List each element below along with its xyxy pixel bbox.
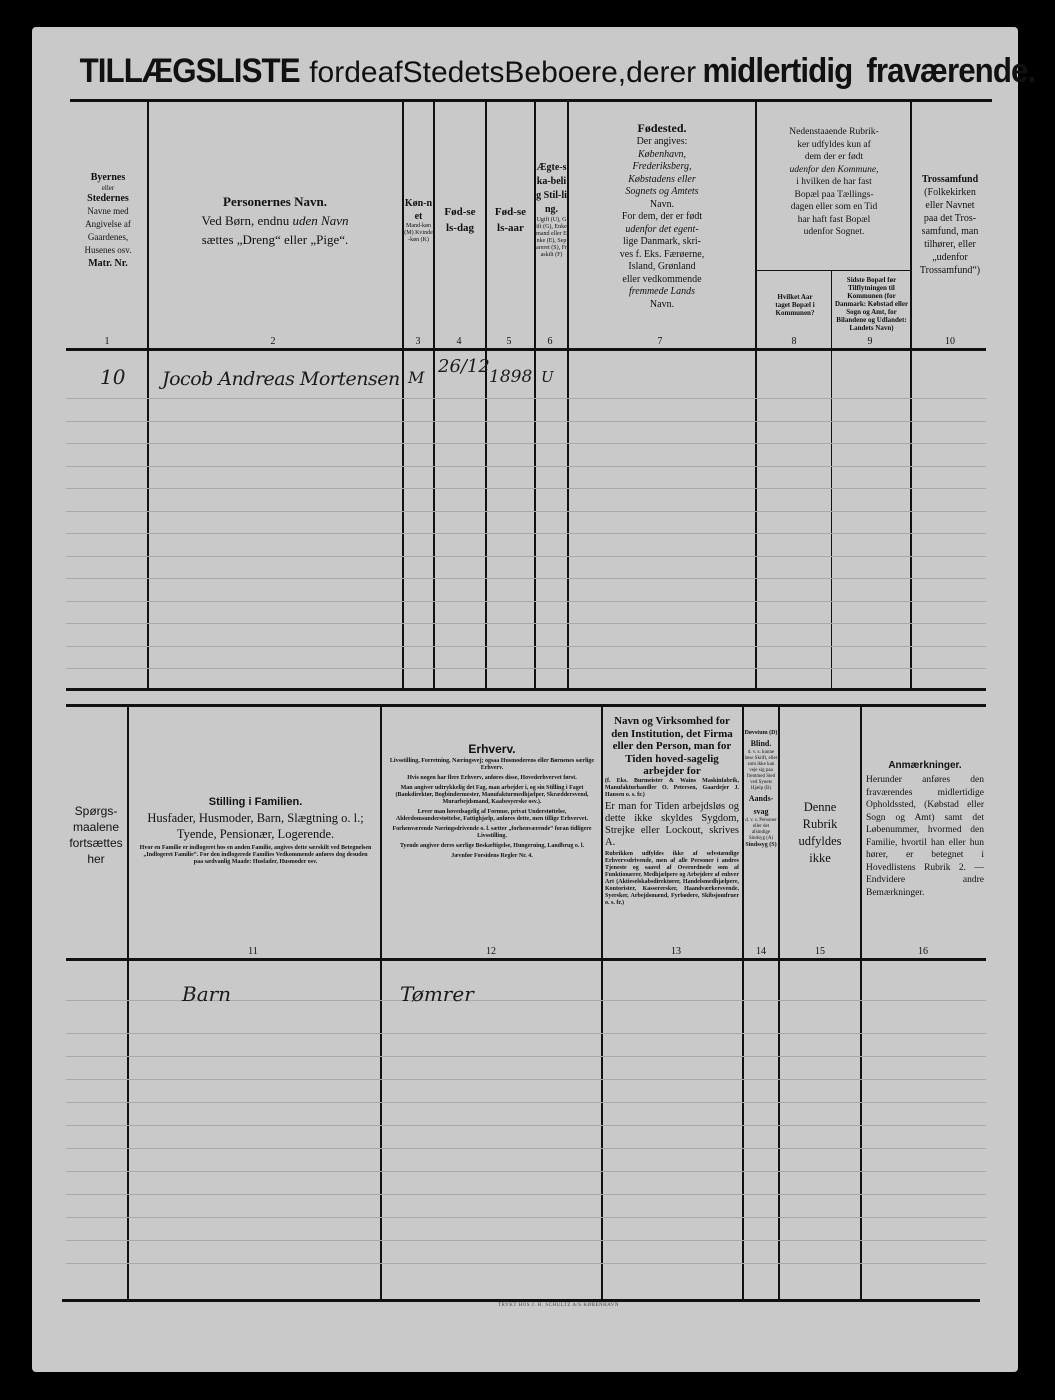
header-example: (f. Eks. Burmeister & Wains Maskinfabrik… <box>605 778 739 799</box>
column-number: 5 <box>494 336 524 347</box>
column-number: 11 <box>238 946 268 957</box>
header-line: her <box>87 851 104 867</box>
col-divider <box>601 707 603 1299</box>
header-line: lige Danmark, skri- <box>623 236 701 249</box>
header-text: eller <box>102 184 114 192</box>
header-col-13: Navn og Virksomhed for den Institution, … <box>605 715 739 945</box>
header-text: Navne med <box>87 205 128 218</box>
column-number: 13 <box>661 946 691 957</box>
header-paragraph: Jævnfør Forsidens Regler Nr. 4. <box>451 853 533 860</box>
header-subtext: sættes „Dreng“ eller „Pige“. <box>202 230 349 249</box>
header-line: dem der er født <box>805 151 863 164</box>
ruled-line <box>66 1125 986 1126</box>
header-text: Køn-net <box>404 197 433 223</box>
entry-matr-nr: 10 <box>100 365 125 389</box>
header-line: d. v. s. kunne læse Skrift, eller som ik… <box>744 750 778 792</box>
header-col-15: Denne Rubrik udfyldes ikke <box>781 795 859 870</box>
lower-table-top-rule <box>66 704 986 707</box>
column-number: 4 <box>444 336 474 347</box>
header-line: (Folkekirken <box>924 186 976 199</box>
header-text: Erhverv. <box>468 740 515 758</box>
ruled-line <box>66 1079 986 1080</box>
entry-birth-year: 1898 <box>489 367 532 387</box>
header-line: i hvilken de har fast <box>796 176 871 189</box>
header-line: Denne <box>804 799 837 816</box>
header-col-2: Personernes Navn. Ved Børn, endnu uden N… <box>150 180 400 260</box>
title-word: Stedets <box>403 56 505 90</box>
header-line: København, <box>638 149 686 162</box>
header-line: „udenfor <box>932 251 968 264</box>
header-group-8-9: Nedenstaaende Rubrik- ker udfyldes kun a… <box>758 126 910 246</box>
header-text: Gaardenes, <box>88 231 128 244</box>
title-word: Beboere, <box>504 56 626 90</box>
header-line: eller vedkommende <box>622 274 701 287</box>
header-subtext: Ved Børn, endnu uden Navn <box>202 211 349 230</box>
ruled-line <box>66 443 986 444</box>
header-line: Island, Grønland <box>628 261 695 274</box>
ruled-line <box>66 466 986 467</box>
header-subtext: Husfader, Husmoder, Barn, Slægtning o. l… <box>138 810 373 842</box>
header-line: eller Navnet <box>925 199 974 212</box>
header-text: Matr. Nr. <box>88 257 128 270</box>
ruled-line <box>66 1240 986 1241</box>
ruled-line <box>66 601 986 602</box>
header-subtext: Herunder anføres den fraværendes midlert… <box>866 774 984 899</box>
header-note: Rubrikken udfyldes ikke af selvstændige … <box>605 851 739 907</box>
header-col-16: Anmærkninger. Herunder anføres den fravæ… <box>866 758 984 908</box>
column-number: 1 <box>92 336 122 347</box>
column-number: 12 <box>476 946 506 957</box>
header-line: har haft fast Bopæl <box>798 214 871 227</box>
header-line: Rubrik <box>803 816 838 833</box>
column-number: 3 <box>403 336 433 347</box>
ruled-line <box>66 623 986 624</box>
header-line: ikke <box>809 850 831 867</box>
ruled-line <box>66 1217 986 1218</box>
column-number: 16 <box>908 946 938 957</box>
header-line: Trossamfund“) <box>920 264 980 277</box>
group-8-9-divider <box>757 270 910 271</box>
header-col-3: Køn-net Mand-køn (M) Kvinde-køn (K) <box>404 175 433 265</box>
header-line: Navn. <box>650 199 674 212</box>
title-word: for <box>309 56 344 90</box>
ruled-line <box>66 556 986 557</box>
ruled-line <box>66 668 986 669</box>
title-word: er <box>670 56 697 90</box>
header-continued-label: Spørgs- maalene fortsættes her <box>66 790 126 880</box>
ruled-line <box>66 1056 986 1057</box>
header-line: fortsættes <box>69 835 122 851</box>
header-line: For dem, der er født <box>622 211 702 224</box>
header-col-12: Erhverv. Livsstilling, Forretning, Nærin… <box>386 740 598 930</box>
header-subtext: Ugift (U), Gift (G), Enkemand eller Enke… <box>536 217 567 259</box>
column-number: 9 <box>855 336 885 347</box>
header-subtext: Mand-køn (M) Kvinde-køn (K) <box>404 223 433 244</box>
header-line: d. v. s. Personer eller det afsindige Si… <box>744 818 778 842</box>
header-col-11: Stilling i Familien. Husfader, Husmoder,… <box>138 770 373 890</box>
header-text: Byernes <box>91 171 125 184</box>
ruled-line <box>66 1148 986 1149</box>
ruled-line <box>66 1263 986 1264</box>
header-line: Købstadens eller <box>628 174 696 187</box>
header-line: dagen eller som en Tid <box>791 201 878 214</box>
header-col-6: Ægte-ska-belig Stil-ling. Ugift (U), Gif… <box>536 104 567 316</box>
header-text: Stilling i Familien. <box>209 794 303 810</box>
column-number: 6 <box>535 336 565 347</box>
ruled-line <box>66 421 986 422</box>
ruled-line <box>66 488 986 489</box>
printer-imprint: TRYKT HOS J. H. SCHULTZ A/S KØBENHAVN <box>498 1303 619 1308</box>
header-line: tilhører, eller <box>924 238 976 251</box>
header-text: Hvilket Aar taget Bopæl i Kommunen? <box>770 293 820 317</box>
column-number: 15 <box>805 946 835 957</box>
header-line: fremmede Lands <box>629 286 695 299</box>
header-line: Sindssyg (S) <box>745 842 776 849</box>
header-line: ves f. Eks. Færøerne, <box>620 249 704 262</box>
lower-header-bottom-rule <box>66 958 986 961</box>
header-line: Blind. <box>751 737 772 750</box>
header-col-10: Trossamfund (Folkekirken eller Navnet pa… <box>913 170 987 280</box>
header-unemployed-note: Er man for Tiden arbejdsløs og dette ikk… <box>605 801 739 849</box>
header-col-7: Fødested. Der angives: København, Freder… <box>572 120 752 325</box>
header-paragraph: Hvis nogen har flere Erhverv, anføres di… <box>407 775 576 782</box>
ruled-line <box>66 533 986 534</box>
title-word: af <box>378 56 403 90</box>
col-divider <box>127 707 129 1299</box>
header-line: udenfor det egent- <box>625 224 698 237</box>
header-line: Der angives: <box>637 136 688 149</box>
column-number: 7 <box>645 336 675 347</box>
header-line: udenfor Sognet. <box>804 226 865 239</box>
header-text: Ægte-ska-belig Stil-ling. <box>536 161 567 217</box>
column-number: 14 <box>746 946 776 957</box>
header-text: Fød-sels-dag <box>444 204 476 236</box>
header-col-1: Byernes eller Stedernes Navne med Angive… <box>70 150 146 290</box>
entry-birth-day: 26/12 <box>438 356 490 377</box>
ruled-line <box>66 578 986 579</box>
header-line: Frederiksberg, <box>633 161 692 174</box>
header-text: Trossamfund <box>922 173 978 186</box>
column-number: 8 <box>779 336 809 347</box>
title-word: TILLÆGSLISTE <box>80 52 300 91</box>
title-word: fraværende. <box>866 52 1035 91</box>
header-text: Sidste Bopæl før Tilflytningen til Kommu… <box>833 276 910 332</box>
lower-table-bottom-rule <box>62 1299 980 1302</box>
header-text: Personernes Navn. <box>223 192 327 211</box>
header-line: maalene <box>73 819 119 835</box>
entry-sex: M <box>408 368 424 387</box>
header-text: Fødested. <box>638 120 687 136</box>
header-line: samfund, man <box>922 225 979 238</box>
title-word: midlertidig <box>703 52 853 91</box>
upper-table-bottom-rule <box>66 688 986 691</box>
header-line: ker udfyldes kun af <box>797 139 871 152</box>
header-line: Sognets og Amtets <box>625 186 698 199</box>
header-paragraph: Man angiver udtrykkelig det Fag, man arb… <box>386 785 598 806</box>
entry-family-position: Barn <box>182 982 231 1006</box>
header-paragraph: Forhenværende Næringsdrivende o. l. sætt… <box>386 826 598 840</box>
header-paragraph: Livsstilling, Forretning, Næringsvej; og… <box>386 758 598 772</box>
ruled-line <box>66 1171 986 1172</box>
title-word: de <box>344 56 377 90</box>
entry-occupation: Tømrer <box>400 982 474 1006</box>
header-paragraph: Tyende angiver deres særlige Beskæftigel… <box>400 843 584 850</box>
header-text: Stedernes <box>87 192 129 205</box>
header-text: Navn og Virksomhed for den Institution, … <box>605 715 739 778</box>
header-col-4: Fød-sels-dag <box>435 190 485 250</box>
header-text: Anmærkninger. <box>888 758 961 774</box>
col-divider <box>831 270 832 688</box>
title-word: der <box>626 56 669 90</box>
header-note: Hvor en Familie er indlogeret hos en and… <box>138 845 373 866</box>
ruled-line <box>66 1194 986 1195</box>
column-number: 10 <box>935 336 965 347</box>
header-line: udfyldes <box>798 833 841 850</box>
header-line: Spørgs- <box>75 803 118 819</box>
header-line: Døvstum (D) <box>745 730 778 737</box>
column-number: 2 <box>258 336 288 347</box>
col-divider <box>860 707 862 1299</box>
ruled-line <box>66 398 986 399</box>
header-text: Angivelse af <box>85 218 131 231</box>
col-divider <box>380 707 382 1299</box>
header-paragraph: Lever man hovedsagelig af Formue, privat… <box>386 809 598 823</box>
header-col-8: Hvilket Aar taget Bopæl i Kommunen? <box>760 280 830 330</box>
header-line: Navn. <box>650 299 674 312</box>
title-rule <box>70 99 992 102</box>
header-line: Bopæl paa Tællings- <box>795 189 874 202</box>
ruled-line <box>66 511 986 512</box>
header-col-9: Sidste Bopæl før Tilflytningen til Kommu… <box>833 275 910 333</box>
ruled-line <box>66 1102 986 1103</box>
header-col-14: Døvstum (D) Blind. d. v. s. kunne læse S… <box>744 730 778 935</box>
header-text: Fød-sels-aar <box>495 204 527 236</box>
form-title: TILLÆGSLISTE for de af Stedets Beboere, … <box>70 52 995 97</box>
entry-marital-status: U <box>541 368 554 386</box>
header-line: paa det Tros- <box>924 212 976 225</box>
header-bottom-rule <box>66 348 986 351</box>
ruled-line <box>66 1033 986 1034</box>
header-line: Aands-svag <box>744 792 778 818</box>
header-text: Husenes osv. <box>85 244 132 257</box>
col-divider <box>778 707 780 1299</box>
header-line: udenfor den Kommune, <box>790 164 879 177</box>
entry-person-name: Jocob Andreas Mortensen <box>162 368 400 390</box>
ruled-line <box>66 646 986 647</box>
header-col-5: Fød-sels-aar <box>487 190 534 250</box>
header-line: Nedenstaaende Rubrik- <box>789 126 878 139</box>
